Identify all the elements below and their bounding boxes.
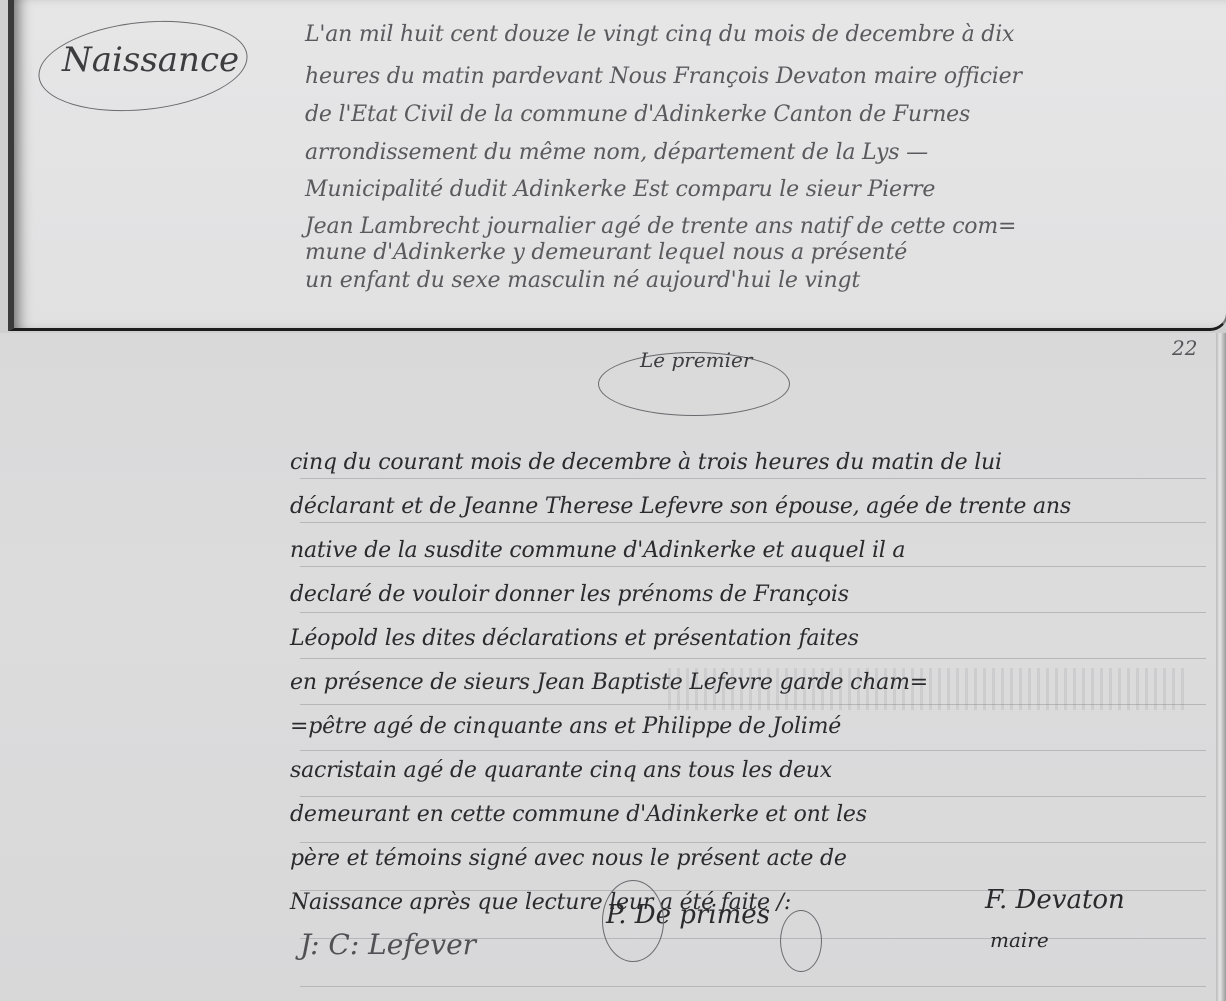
ruled-line: [300, 986, 1206, 987]
top-line-8: un enfant du sexe masculin né aujourd'hu…: [305, 268, 860, 293]
bottom-line-1: cinq du courant mois de decembre à trois…: [290, 450, 1002, 475]
bottom-line-5: Léopold les dites déclarations et présen…: [290, 626, 859, 651]
ruled-line: [300, 842, 1206, 843]
signature-right-title: maire: [990, 928, 1049, 952]
signature-flourish: [602, 880, 664, 962]
ruled-line: [300, 566, 1206, 567]
top-line-6: Jean Lambrecht journalier agé de trente …: [305, 214, 1016, 239]
margin-note: Le premier: [640, 348, 752, 372]
bottom-line-8: sacristain agé de quarante cinq ans tous…: [290, 758, 832, 783]
top-line-5: Municipalité dudit Adinkerke Est comparu…: [305, 177, 935, 202]
top-line-1: L'an mil huit cent douze le vingt cinq d…: [305, 22, 1014, 47]
signature-left: J: C: Lefever: [300, 928, 476, 961]
page-binding-edge: [1216, 333, 1226, 1001]
ruled-line: [300, 478, 1206, 479]
margin-title: Naissance: [62, 40, 239, 80]
signature-flourish: [780, 910, 822, 972]
bottom-line-4: declaré de vouloir donner les prénoms de…: [290, 582, 849, 607]
bottom-line-7: =pêtre agé de cinquante ans et Philippe …: [290, 714, 841, 739]
bottom-line-6: en présence de sieurs Jean Baptiste Lefe…: [290, 670, 928, 695]
ruled-line: [300, 658, 1206, 659]
signature-right: F. Devaton: [985, 885, 1125, 915]
top-line-2: heures du matin pardevant Nous François …: [305, 64, 1022, 89]
bottom-line-9: demeurant en cette commune d'Adinkerke e…: [290, 802, 867, 827]
ruled-line: [300, 750, 1206, 751]
ruled-line: [300, 612, 1206, 613]
top-line-4: arrondissement du même nom, département …: [305, 140, 928, 165]
bottom-line-10: père et témoins signé avec nous le prése…: [290, 846, 847, 871]
bottom-line-3: native de la susdite commune d'Adinkerke…: [290, 538, 905, 563]
top-line-7: mune d'Adinkerke y demeurant lequel nous…: [305, 240, 907, 265]
top-line-3: de l'Etat Civil de la commune d'Adinkerk…: [305, 102, 970, 127]
ruled-line: [300, 522, 1206, 523]
page-number: 22: [1172, 336, 1197, 360]
bottom-line-2: déclarant et de Jeanne Therese Lefevre s…: [290, 494, 1071, 519]
ruled-line: [300, 796, 1206, 797]
